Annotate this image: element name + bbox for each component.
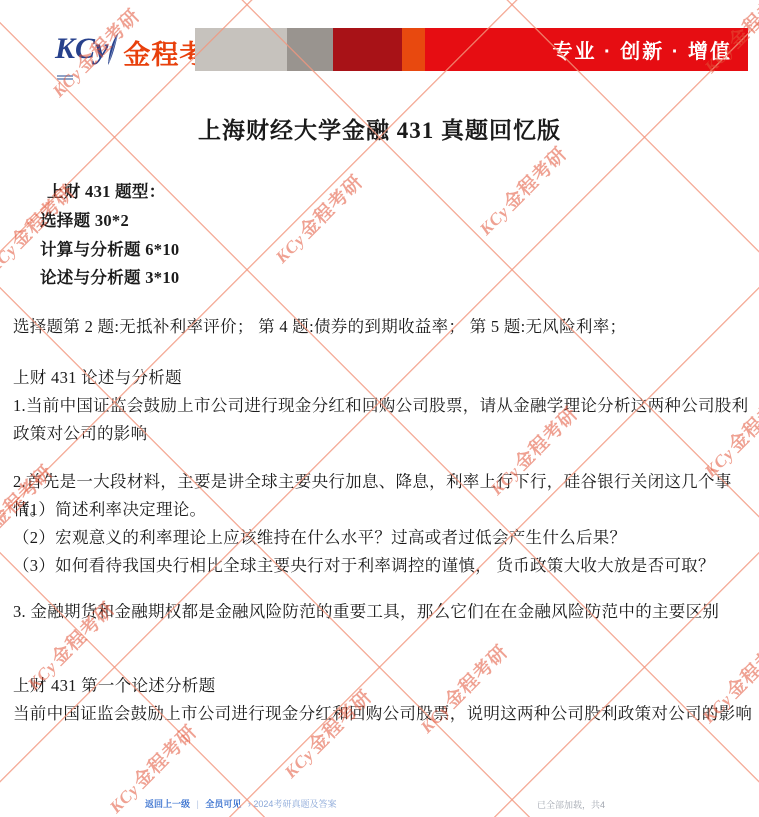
first-essay-text: 当前中国证监会鼓励上市公司进行现金分红和回购公司股票，说明这两种公司股利政策对公… — [13, 700, 753, 728]
multiple-choice-summary: 选择题第 2 题:无抵补利率评价； 第 4 题:债券的到期收益率； 第 5 题:… — [13, 313, 753, 341]
logo-kcy-monogram: KCy — [55, 34, 119, 72]
question-types-heading: 上财 431 题型： — [47, 178, 759, 206]
logo-subtext-lines — [57, 74, 73, 80]
page-header: KCy 金程考研 专业 · 创新 · 增值 — [0, 28, 759, 73]
question-type-item: 选择题 30*2 — [40, 207, 759, 235]
visibility-link[interactable]: 全员可见 — [205, 799, 241, 809]
logo-monogram-text: KCy — [55, 34, 108, 64]
essay-question-2-sub: （1）简述利率决定理论。 — [13, 496, 753, 524]
essay-question-2-sub: （3）如何看待我国央行相比全球主要央行对于利率调控的谨慎， 货币政策大收大放是否… — [13, 552, 753, 580]
back-link[interactable]: 返回上一级 — [145, 799, 190, 809]
question-type-item: 计算与分析题 6*10 — [40, 236, 759, 264]
bar-dark-red — [333, 28, 402, 71]
essay-question-1: 1.当前中国证监会鼓励上市公司进行现金分红和回购公司股票，请从金融学理论分析这两… — [13, 392, 753, 448]
bar-mid-gray — [287, 28, 333, 71]
document-page: KCy 金程考研 专业 · 创新 · 增值 上海财经大学金融 43 — [0, 0, 759, 817]
quill-icon — [106, 32, 119, 72]
document-content: 上海财经大学金融 431 真题回忆版 上财 431 题型： 选择题 30*2 计… — [0, 0, 759, 817]
footer-breadcrumb: 返回上一级 | 全员可见 › 2024考研真题及答案 — [145, 797, 336, 810]
first-essay-heading: 上财 431 第一个论述分析题 — [13, 672, 753, 700]
breadcrumb-path: › 2024考研真题及答案 — [248, 799, 337, 809]
viewer-footer: 返回上一级 | 全员可见 › 2024考研真题及答案 已全部加载，共4 — [0, 794, 759, 810]
page-title: 上海财经大学金融 431 真题回忆版 — [0, 112, 759, 145]
essay-question-3: 3. 金融期货和金融期权都是金融风险防范的重要工具，那么它们在在金融风险防范中的… — [13, 598, 753, 626]
essay-section-heading: 上财 431 论述与分析题 — [13, 364, 753, 392]
slogan-banner: 专业 · 创新 · 增值 — [425, 28, 748, 71]
question-type-item: 论述与分析题 3*10 — [40, 264, 759, 292]
bar-orange — [402, 28, 425, 71]
essay-question-2-sub: （2）宏观意义的利率理论上应该维持在什么水平？过高或者过低会产生什么后果？ — [13, 524, 753, 552]
load-status-text: 已全部加载，共4 — [537, 798, 605, 811]
bar-light-gray — [195, 28, 287, 71]
header-color-bars: 专业 · 创新 · 增值 — [195, 28, 748, 71]
slogan-text: 专业 · 创新 · 增值 — [552, 35, 732, 64]
footer-separator: | — [197, 799, 199, 809]
